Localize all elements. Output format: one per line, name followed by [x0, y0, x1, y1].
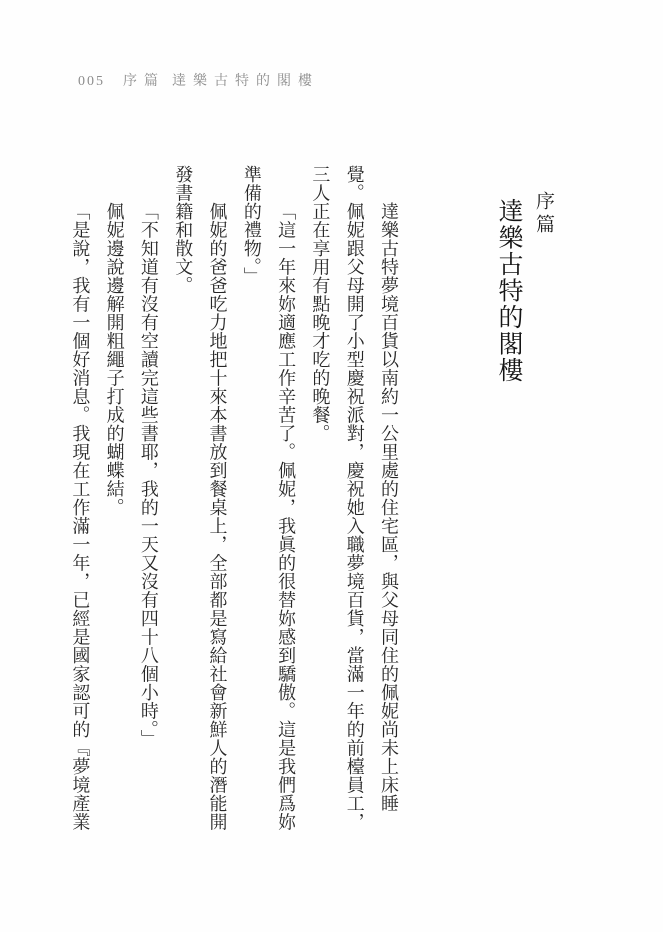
text-line: 覺。佩妮跟父母開了小型慶祝派對，慶祝她入職夢境百貨，當滿一年的前檯員工， — [337, 165, 371, 855]
running-header-section: 序篇 — [123, 70, 165, 90]
running-header: 005 序篇 達樂古特的閣樓 — [78, 70, 319, 90]
text-line: 「這一年來妳適應工作辛苦了。佩妮，我眞的很替妳感到驕傲。這是我們爲妳 — [269, 165, 303, 855]
text-line: 「不知道有沒有空讀完這些書耶，我的一天又沒有四十八個小時。」 — [132, 165, 166, 855]
book-page: 005 序篇 達樂古特的閣樓 序篇 達樂古特的閣樓 達樂古特夢境百貨以南約一公里… — [0, 0, 663, 932]
text-line: 佩妮邊說邊解開粗繩子打成的蝴蝶結。 — [97, 165, 131, 855]
body-text: 達樂古特夢境百貨以南約一公里處的住宅區，與父母同住的佩妮尚未上床睡 覺。佩妮跟父… — [63, 165, 406, 855]
text-line: 準備的禮物。」 — [235, 165, 269, 855]
page-number: 005 — [78, 74, 105, 90]
text-line: 達樂古特夢境百貨以南約一公里處的住宅區，與父母同住的佩妮尚未上床睡 — [372, 165, 406, 855]
text-line: 三人正在享用有點晚才吃的晚餐。 — [303, 165, 337, 855]
chapter-title: 達樂古特的閣樓 — [490, 198, 526, 384]
running-header-book-title: 達樂古特的閣樓 — [172, 70, 319, 90]
text-line: 「是說，我有一個好消息。我現在工作滿一年，已經是國家認可的『夢境產業 — [63, 165, 97, 855]
text-line: 發書籍和散文。 — [166, 165, 200, 855]
text-line: 佩妮的爸爸吃力地把十來本書放到餐桌上，全部都是寫給社會新鮮人的潛能開 — [200, 165, 234, 855]
section-label: 序篇 — [530, 191, 557, 237]
